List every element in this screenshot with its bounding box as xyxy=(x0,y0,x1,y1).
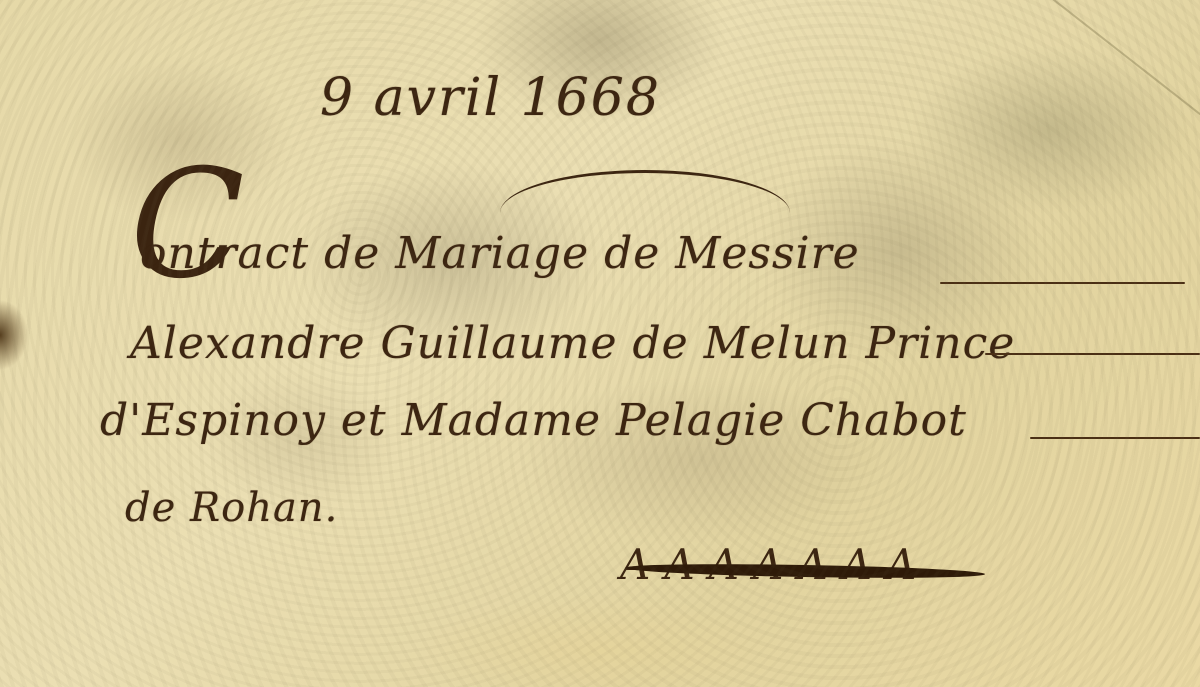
line-filler-rule-3 xyxy=(1030,437,1200,439)
text-line-3: d'Espinoy et Madame Pelagie Chabot xyxy=(100,395,967,446)
paper-fold-crease xyxy=(1029,0,1200,142)
text-line-2: Alexandre Guillaume de Melun Prince xyxy=(130,318,1015,369)
manuscript-page: 9 avril 1668 C ontract de Mariage de Mes… xyxy=(0,0,1200,687)
text-line-1: ontract de Mariage de Messire xyxy=(140,228,860,279)
line-filler-rule-2 xyxy=(985,353,1200,355)
line-filler-rule-1 xyxy=(940,282,1185,284)
document-date: 9 avril 1668 xyxy=(320,68,661,128)
text-line-4: de Rohan. xyxy=(125,485,338,531)
decorative-swash xyxy=(500,170,790,213)
